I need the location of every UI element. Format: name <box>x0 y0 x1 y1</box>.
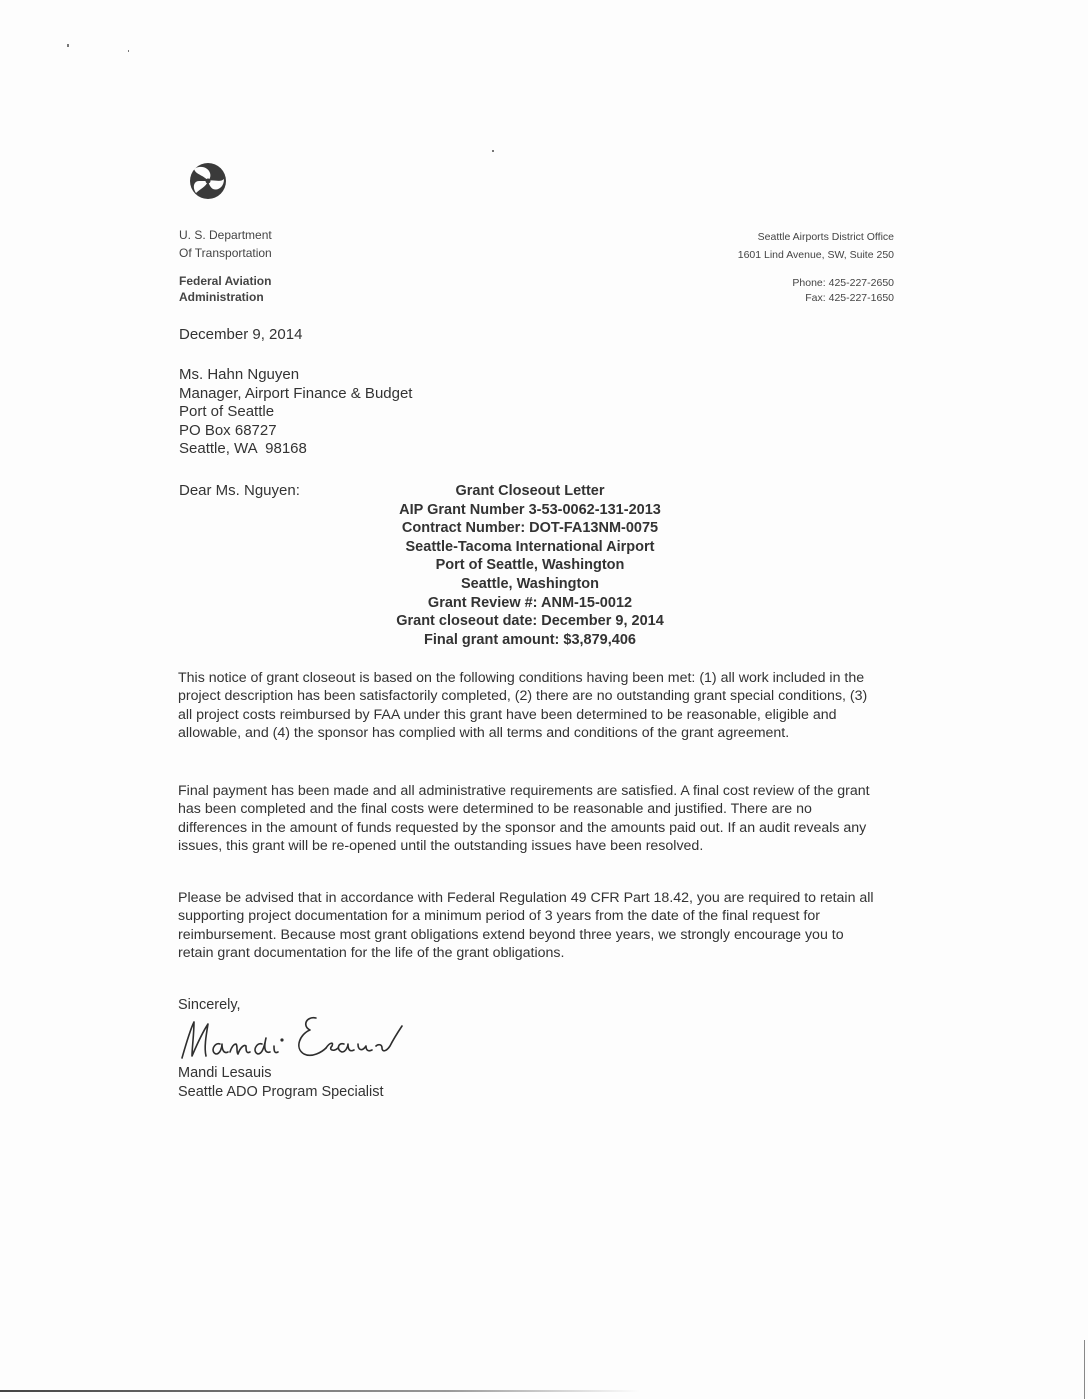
closeout-date: Grant closeout date: December 9, 2014 <box>360 612 700 631</box>
agency-line-1: Federal Aviation <box>179 273 271 289</box>
salutation: Dear Ms. Nguyen: <box>179 482 300 499</box>
recipient-po-box: PO Box 68727 <box>179 422 412 441</box>
signer-name: Mandi Lesauis <box>178 1064 384 1083</box>
department-line-1: U. S. Department <box>179 226 272 244</box>
signer-block: Mandi Lesauis Seattle ADO Program Specia… <box>178 1064 384 1101</box>
body-paragraph-final-payment: Final payment has been made and all admi… <box>178 782 878 856</box>
department-line-2: Of Transportation <box>179 244 272 262</box>
contact-block: Phone: 425-227-2650 Fax: 425-227-1650 <box>792 276 894 306</box>
agency-line-2: Administration <box>179 289 271 305</box>
sponsor-location: Seattle, Washington <box>360 575 700 594</box>
grant-review-number: Grant Review #: ANM-15-0012 <box>360 594 700 613</box>
signature-icon <box>176 1008 416 1064</box>
subject-title: Grant Closeout Letter <box>360 482 700 501</box>
body-paragraph-record-retention: Please be advised that in accordance wit… <box>178 889 878 963</box>
office-phone: Phone: 425-227-2650 <box>792 276 894 291</box>
office-address: 1601 Lind Avenue, SW, Suite 250 <box>738 246 894 264</box>
subject-block: Grant Closeout Letter AIP Grant Number 3… <box>360 482 700 649</box>
dot-logo-icon <box>186 161 230 201</box>
scan-edge-line-right <box>1084 1340 1085 1399</box>
recipient-address: Ms. Hahn Nguyen Manager, Airport Finance… <box>179 366 412 459</box>
recipient-title: Manager, Airport Finance & Budget <box>179 385 412 404</box>
recipient-name: Ms. Hahn Nguyen <box>179 366 412 385</box>
office-address-block: Seattle Airports District Office 1601 Li… <box>738 228 894 264</box>
body-paragraph-conditions: This notice of grant closeout is based o… <box>178 669 878 743</box>
contract-number: Contract Number: DOT-FA13NM-0075 <box>360 519 700 538</box>
sponsor-name: Port of Seattle, Washington <box>360 556 700 575</box>
scan-speck <box>67 44 69 47</box>
recipient-organization: Port of Seattle <box>179 403 412 422</box>
airport-name: Seattle-Tacoma International Airport <box>360 538 700 557</box>
letter-date: December 9, 2014 <box>179 326 302 343</box>
department-name: U. S. Department Of Transportation <box>179 226 272 262</box>
scan-speck <box>492 150 494 152</box>
final-grant-amount: Final grant amount: $3,879,406 <box>360 631 700 650</box>
agency-name: Federal Aviation Administration <box>179 273 271 305</box>
scan-speck <box>128 50 129 52</box>
recipient-city-state-zip: Seattle, WA 98168 <box>179 440 412 459</box>
scan-edge-line <box>0 1390 640 1392</box>
office-fax: Fax: 425-227-1650 <box>792 291 894 306</box>
office-name: Seattle Airports District Office <box>738 228 894 246</box>
aip-grant-number: AIP Grant Number 3-53-0062-131-2013 <box>360 501 700 520</box>
signer-title: Seattle ADO Program Specialist <box>178 1083 384 1102</box>
